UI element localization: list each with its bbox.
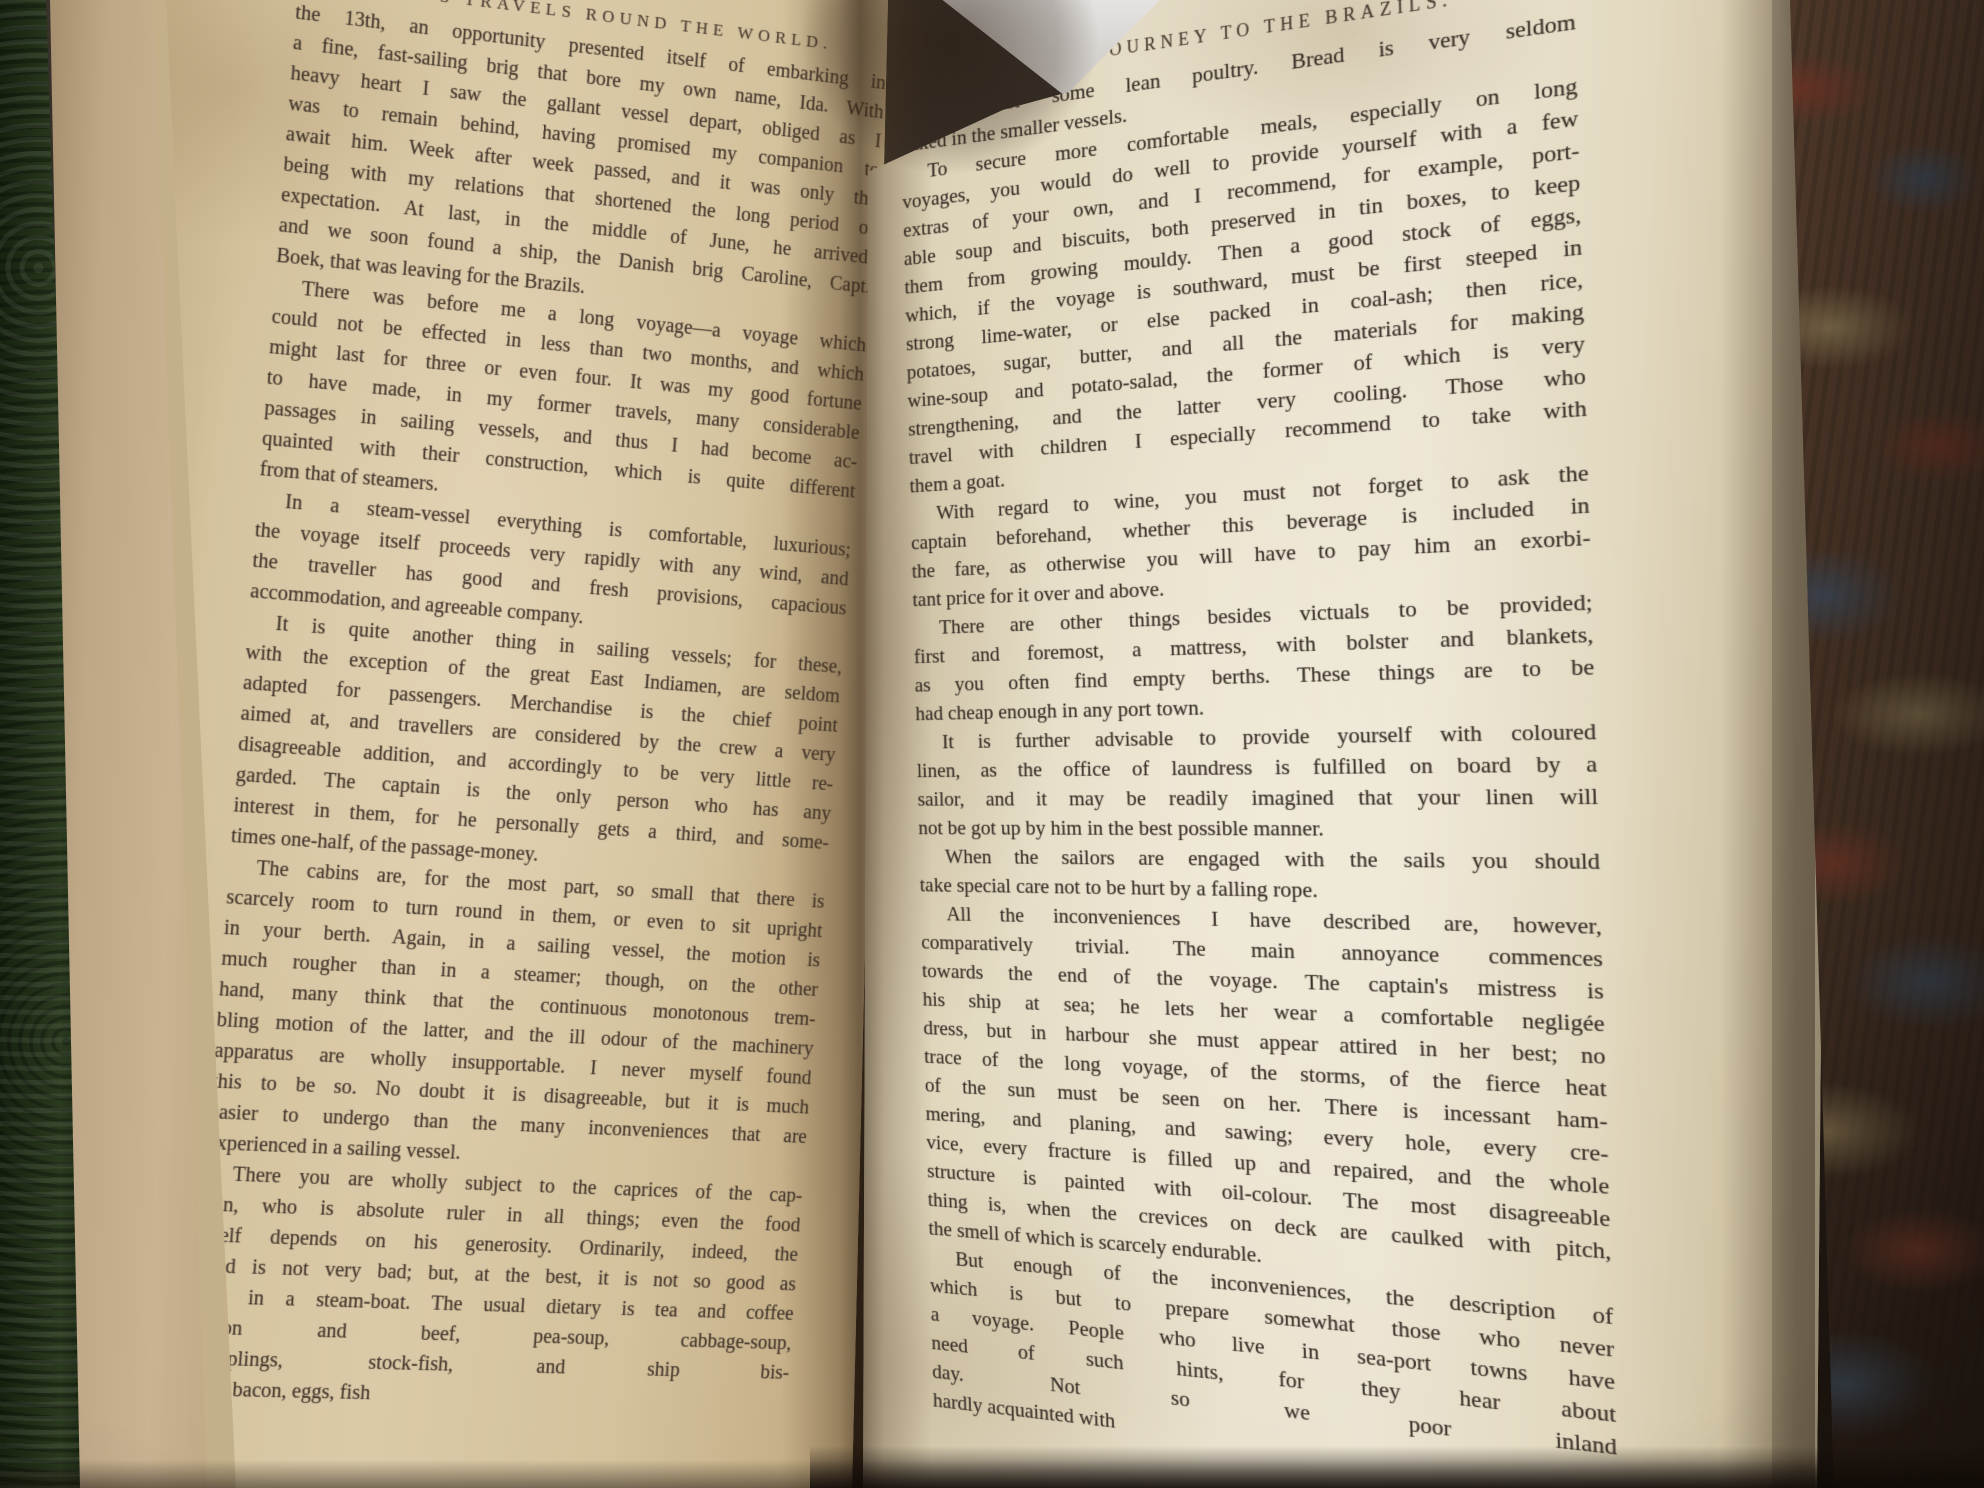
text-line: not be got up by him in the best possibl… — [918, 813, 1599, 845]
text-line: sailor, and it may be readily imagined t… — [917, 780, 1598, 813]
right-page: JOURNEY TO THE BRAZILS. pancakes, or som… — [855, 0, 1830, 1488]
paragraph: It is quite another thing in sailing ves… — [230, 606, 843, 887]
marbled-board-shade — [1772, 0, 1984, 1488]
right-page-text: JOURNEY TO THE BRAZILS. pancakes, or som… — [899, 0, 1618, 1488]
paragraph: The cabins are, for the most part, so sm… — [206, 851, 826, 1181]
gutter-shadow — [782, 0, 932, 1488]
paragraph: All the inconveniences I have described … — [920, 899, 1612, 1300]
paragraph: There you are wholly subject to the capr… — [187, 1158, 804, 1417]
book-photo: ’S TRAVELS ROUND THE WORLD. the 13th, an… — [0, 0, 1984, 1488]
paragraph: It is further advisable to provide yours… — [916, 715, 1600, 845]
bottom-right-shadow — [810, 1446, 1984, 1488]
right-page-column: pancakes, or some lean poultry. Bread is… — [900, 6, 1618, 1488]
